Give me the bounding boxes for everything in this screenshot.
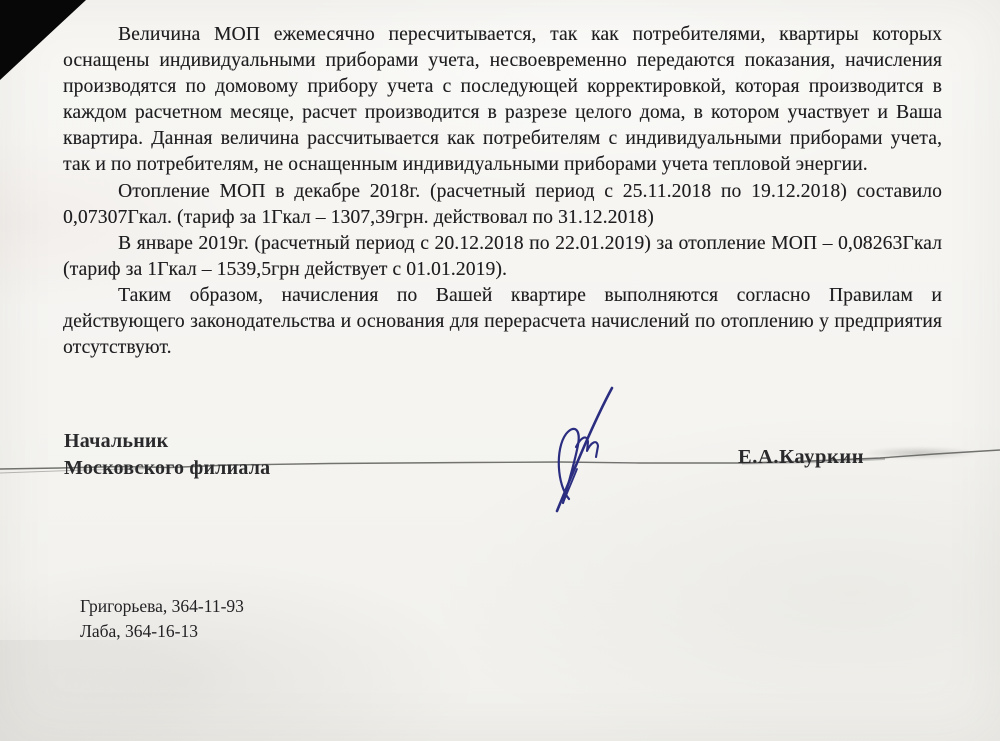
- contact-laba: Лаба, 364-16-13: [80, 619, 244, 644]
- letter-body: Величина МОП ежемесячно пересчитывается,…: [63, 22, 942, 361]
- signer-name: Е.А.Кауркин: [738, 446, 864, 469]
- footer-contacts: Григорьева, 364-11-93 Лаба, 364-16-13: [80, 594, 244, 643]
- paragraph-december-2018: Отопление МОП в декабре 2018г. (расчетны…: [63, 179, 942, 231]
- signatory-title-line2: Московского филиала: [64, 455, 270, 482]
- paragraph-conclusion: Таким образом, начисления по Вашей кварт…: [63, 283, 942, 361]
- handwritten-signature-icon: [543, 381, 627, 517]
- signatory-title: Начальник Московского филиала: [64, 428, 270, 482]
- paper-fold-shadow: [0, 640, 380, 741]
- signatory-title-line1: Начальник: [64, 428, 270, 455]
- scanned-document-page: Величина МОП ежемесячно пересчитывается,…: [0, 0, 1000, 741]
- paragraph-mop-recalculation: Величина МОП ежемесячно пересчитывается,…: [63, 22, 942, 179]
- paragraph-january-2019: В январе 2019г. (расчетный период с 20.1…: [63, 231, 942, 283]
- contact-grigoryeva: Григорьева, 364-11-93: [80, 594, 244, 619]
